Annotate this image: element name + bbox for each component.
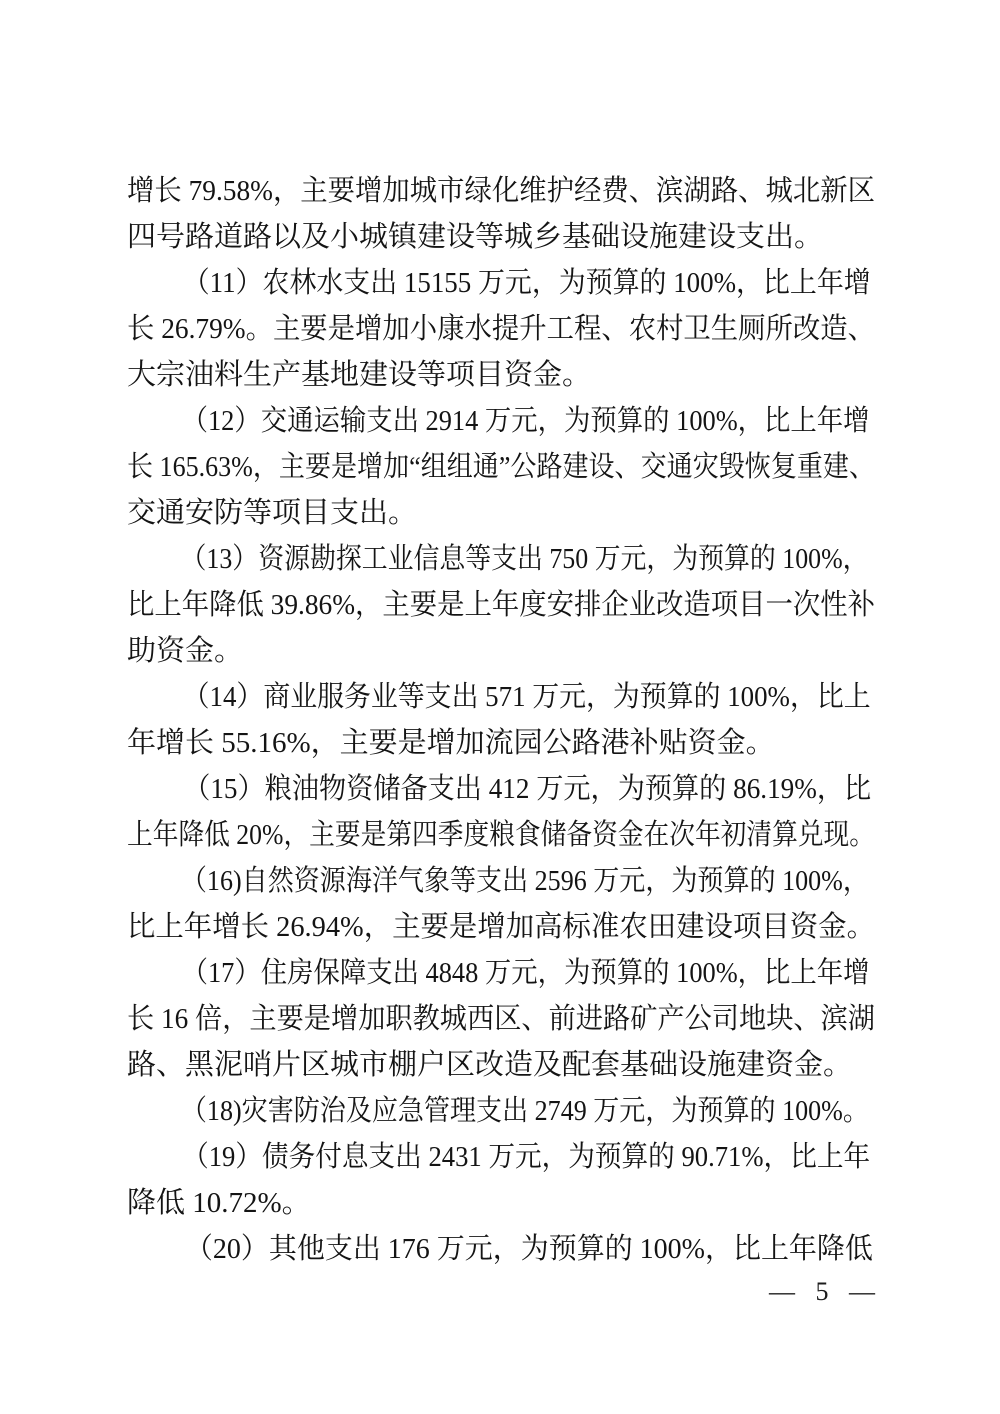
text-line: 比上年增长 26.94%，主要是增加高标准农田建设项目资金。: [127, 904, 860, 950]
document-page: 增长 79.58%，主要增加城市绿化维护经费、滨湖路、城北新区四号路道路以及小城…: [0, 0, 1000, 1414]
text-line: （20）其他支出 176 万元，为预算的 100%，比上年降低: [127, 1226, 849, 1272]
text-line: 长 165.63%，主要是增加“组组通”公路建设、交通灾毁恢复重建、: [127, 444, 799, 490]
page-number: — 5 —: [769, 1276, 882, 1308]
text-line: 助资金。: [127, 628, 875, 674]
text-line: 交通安防等项目支出。: [127, 490, 875, 536]
paragraph: （15）粮油物资储备支出 412 万元，为预算的 86.19%，比上年降低 20…: [127, 766, 875, 858]
text-line: （18)灾害防治及应急管理支出 2749 万元，为预算的 100%。: [127, 1088, 799, 1134]
text-line: （13）资源勘探工业信息等支出 750 万元，为预算的 100%，: [127, 536, 795, 582]
text-line: （15）粮油物资储备支出 412 万元，为预算的 86.19%，比: [127, 766, 827, 812]
text-line: （16)自然资源海洋气象等支出 2596 万元，为预算的 100%，: [127, 858, 799, 904]
text-line: 长 26.79%。主要是增加小康水提升工程、农村卫生厕所改造、: [127, 306, 833, 352]
paragraph: 增长 79.58%，主要增加城市绿化维护经费、滨湖路、城北新区四号路道路以及小城…: [127, 168, 875, 260]
text-line: 四号路道路以及小城镇建设等城乡基础设施建设支出。: [127, 214, 875, 260]
text-line: （11）农林水支出 15155 万元，为预算的 100%，比上年增: [127, 260, 822, 306]
paragraph: （20）其他支出 176 万元，为预算的 100%，比上年降低: [127, 1226, 875, 1272]
paragraph: （18)灾害防治及应急管理支出 2749 万元，为预算的 100%。: [127, 1088, 875, 1134]
text-line: 大宗油料生产基地建设等项目资金。: [127, 352, 875, 398]
paragraph: （14）商业服务业等支出 571 万元，为预算的 100%，比上年增长 55.1…: [127, 674, 875, 766]
paragraph: （16)自然资源海洋气象等支出 2596 万元，为预算的 100%，比上年增长 …: [127, 858, 875, 950]
paragraph: （13）资源勘探工业信息等支出 750 万元，为预算的 100%，比上年降低 3…: [127, 536, 875, 674]
paragraph: （12）交通运输支出 2914 万元，为预算的 100%，比上年增长 165.6…: [127, 398, 875, 536]
text-line: （14）商业服务业等支出 571 万元，为预算的 100%，比上: [127, 674, 821, 720]
text-line: （12）交通运输支出 2914 万元，为预算的 100%，比上年增: [127, 398, 807, 444]
text-line: 增长 79.58%，主要增加城市绿化维护经费、滨湖路、城北新区: [127, 168, 833, 214]
text-line: 路、黑泥哨片区城市棚户区改造及配套基础设施建资金。: [127, 1042, 875, 1088]
paragraph: （19）债务付息支出 2431 万元，为预算的 90.71%，比上年降低 10.…: [127, 1134, 875, 1226]
text-line: 年增长 55.16%，主要是增加流园公路港补贴资金。: [127, 720, 875, 766]
document-body-text: 增长 79.58%，主要增加城市绿化维护经费、滨湖路、城北新区四号路道路以及小城…: [127, 168, 875, 1272]
paragraph: （17）住房保障支出 4848 万元，为预算的 100%，比上年增长 16 倍，…: [127, 950, 875, 1088]
paragraph: （11）农林水支出 15155 万元，为预算的 100%，比上年增长 26.79…: [127, 260, 875, 398]
text-line: 降低 10.72%。: [127, 1180, 875, 1226]
text-line: （17）住房保障支出 4848 万元，为预算的 100%，比上年增: [127, 950, 807, 996]
text-line: 上年降低 20%，主要是第四季度粮食储备资金在次年初清算兑现。: [127, 812, 790, 858]
text-line: 长 16 倍，主要是增加职教城西区、前进路矿产公司地块、滨湖: [127, 996, 829, 1042]
text-line: （19）债务付息支出 2431 万元，为预算的 90.71%，比上年: [127, 1134, 814, 1180]
text-line: 比上年降低 39.86%，主要是上年度安排企业改造项目一次性补: [127, 582, 833, 628]
